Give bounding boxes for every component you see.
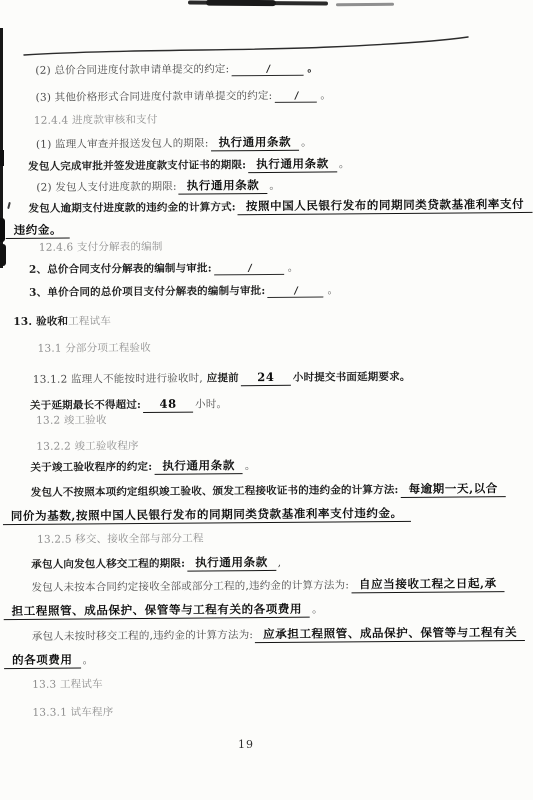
line-text: (2) 总价合同进度付款申请单提交的约定: [35,63,229,77]
document-line: (3) 其他价格形式合同进度付款申请单提交的约定:/。 [36,88,332,104]
document-line: 担工程照管、成品保护、保管等与工程有关的各项费用。 [2,602,323,620]
line-text: 13.1 分部分项工程验收 [38,342,151,355]
document-line: 的各项费用。 [2,652,93,668]
document-line: 关于延期最长不得超过:48小时。 [30,396,227,414]
document-content: (2) 总价合同进度付款申请单提交的约定:/。(3) 其他价格形式合同进度付款申… [0,0,533,800]
line-text: 13.2.5 移交、接收全部与部分工程 [37,532,204,545]
document-line: 2、总价合同支付分解表的编制与审批:/。 [29,261,299,277]
line-text: , [278,557,282,569]
line-text: 。 [307,63,318,75]
line-text: 发包人逾期支付进度款的违约金的计算方式: [28,201,235,215]
line-text: 承包人未按时移交工程的,违约金的计算方法为: [32,629,253,643]
document-line: 12.4.4 进度款审核和支付 [34,113,158,128]
blank-slash-field: / [214,262,286,276]
line-text: 。 [269,180,280,192]
document-line: 同价为基数,按照中国人民银行发布的同期同类贷款基准利率支付违约金。 [1,506,413,524]
line-text: 13.1.2 监理人不能按时进行验收时, [33,372,203,385]
document-line: 3、单价合同的总价项目支付分解表的编制与审批:/。 [29,283,338,299]
line-text: 12.4.6 支付分解表的编制 [39,241,163,254]
fill-in-value: 违约金。 [6,223,71,240]
fill-in-value: 自应当接收工程之日起,承 [351,576,505,593]
blank-slash-field: / [275,90,319,103]
scanned-contract-page: (2) 总价合同进度付款申请单提交的约定:/。(3) 其他价格形式合同进度付款申… [0,0,533,800]
document-line: (2) 发包人支付进度款的期限:执行通用条款。 [36,178,280,195]
line-text: 。 [320,89,331,101]
line-text: 。 [301,137,312,149]
line-text: 工程试车 [68,315,111,327]
line-text: 关于竣工验收程序的约定: [30,461,152,474]
document-line: 违约金。 [4,223,73,239]
document-line: (1) 监理人审查并报送发包人的期限:执行通用条款。 [36,135,312,152]
document-line: 发包人逾期支付进度款的违约金的计算方式:按照中国人民银行发布的同期同类贷款基准利… [28,197,533,216]
line-text: 13.3.1 试车程序 [32,706,113,719]
fill-in-value: 执行通用条款 [187,555,276,572]
line-text: 发包人完成审批并签发进度款支付证书的期限: [28,159,246,173]
line-text: 承包人向发包人移交工程的期限: [31,558,185,571]
fill-in-value: 担工程照管、成品保护、保管等与工程有关的各项费用 [4,602,311,620]
page-number: 19 [238,738,254,751]
line-text: 。 [339,158,350,170]
document-line: 发包人不按照本项约定组织竣工验收、颁发工程接收证书的违约金的计算方法:每逾期一天… [31,481,508,500]
document-line: 关于竣工验收程序的约定:执行通用条款。 [30,458,255,475]
document-line: 发包人未按本合同约定接收全部或部分工程的,违约金的计算方法为:自应当接收工程之日… [31,576,506,595]
fill-in-value: 24 [241,370,291,386]
line-text: 2、总价合同支付分解表的编制与审批: [29,262,212,275]
line-text: 应提前 [203,372,239,384]
line-text: 小时提交书面延期要求。 [293,371,411,384]
document-line: 12.4.6 支付分解表的编制 [39,240,163,255]
document-line: 承包人未按时移交工程的,违约金的计算方法为:应承担工程照管、成品保护、保管等与工… [32,625,527,644]
line-text: (2) 发包人支付进度款的期限: [36,181,177,194]
document-line: 13.2 竣工验收 [36,413,107,428]
fill-in-value: 执行通用条款 [210,135,299,152]
line-text: 小时。 [195,398,227,410]
line-text: (1) 监理人审查并报送发包人的期限: [36,137,209,150]
fill-in-value: 同价为基数,按照中国人民银行发布的同期同类贷款基准利率支付违约金。 [3,506,411,525]
document-line: 13.2.5 移交、接收全部与部分工程 [37,531,204,546]
line-text: 13.3 工程试车 [32,678,103,691]
fill-in-value: 48 [143,397,193,413]
blank-slash-field: / [268,285,326,298]
document-line: 13.2.2 竣工验收程序 [36,439,138,454]
line-text: 发包人未按本合同约定接收全部或部分工程的,违约金的计算方法为: [31,579,349,593]
fill-in-value: 每逾期一天,以合 [401,481,506,498]
fill-in-value: 执行通用条款 [154,458,243,475]
line-text: 13. 验收和 [13,316,68,328]
fill-in-value: 执行通用条款 [248,156,337,173]
document-line: 13. 验收和工程试车 [13,314,111,329]
line-text: 关于延期最长不得超过: [30,399,141,412]
line-text: 。 [327,284,338,296]
line-text: 13.2 竣工验收 [36,414,107,427]
blank-slash-field: / [231,63,305,77]
line-text: 。 [82,654,93,666]
fill-in-value: 执行通用条款 [179,178,268,195]
line-text: (3) 其他价格形式合同进度付款申请单提交的约定: [36,90,273,104]
line-text: 。 [245,460,256,472]
document-line: 13.1 分部分项工程验收 [38,341,151,356]
document-line: 13.3.1 试车程序 [32,705,113,720]
line-text: 12.4.4 进度款审核和支付 [34,114,158,127]
document-line: 13.1.2 监理人不能按时进行验收时, 应提前24小时提交书面延期要求。 [33,369,411,388]
line-text: 13.2.2 竣工验收程序 [36,440,138,453]
line-text: 3、单价合同的总价项目支付分解表的编制与审批: [29,285,265,299]
document-line: 承包人向发包人移交工程的期限:执行通用条款, [31,555,281,572]
fill-in-value: 应承担工程照管、成品保护、保管等与工程有关 [255,625,525,643]
document-line: 13.3 工程试车 [32,677,103,692]
document-line: 发包人完成审批并签发进度款支付证书的期限:执行通用条款。 [28,156,349,174]
line-text: 发包人不按照本项约定组织竣工验收、颁发工程接收证书的违约金的计算方法: [31,484,399,499]
fill-in-value: 的各项费用 [4,652,81,669]
fill-in-value: 按照中国人民银行发布的同期同类贷款基准利率支付 [238,197,532,215]
document-line: (2) 总价合同进度付款申请单提交的约定:/。 [35,62,318,78]
line-text: 。 [312,604,323,616]
line-text: 。 [288,262,299,274]
